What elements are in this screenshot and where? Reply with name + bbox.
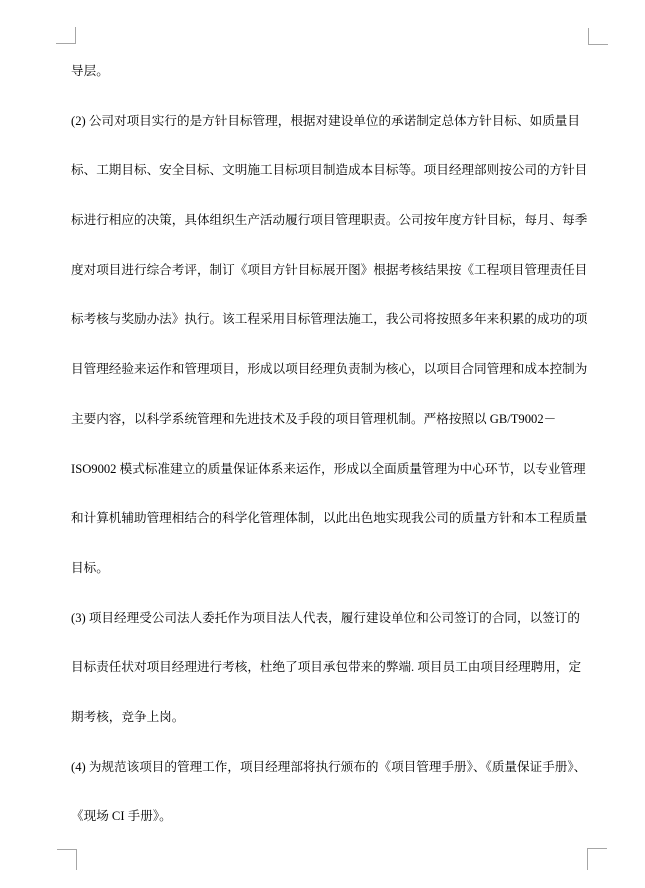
text-line: (3) 项目经理受公司法人委托作为项目法人代表，履行建设单位和公司签订的合同，以… (71, 594, 591, 644)
text-line: 标、工期目标、安全目标、文明施工目标项目制造成本目标等。项目经理部则按公司的方针… (71, 146, 591, 196)
text-line: 期考核，竞争上岗。 (71, 693, 591, 743)
text-line: (2) 公司对项目实行的是方针目标管理，根据对建设单位的承诺制定总体方针目标、如… (71, 97, 591, 147)
text-boundary-mark-bottom-right (587, 848, 607, 870)
text-line: (4) 为规范该项目的管理工作，项目经理部将执行颁布的《项目管理手册》、《质量保… (71, 743, 591, 793)
text-line: 《现场 CI 手册》。 (71, 792, 591, 842)
text-boundary-mark-top-right (588, 28, 608, 45)
text-line: 标考核与奖励办法》执行。该工程采用目标管理法施工，我公司将按照多年来积累的成功的… (71, 295, 591, 345)
text-boundary-mark-top-left (56, 27, 76, 44)
document-text-area: 导层。(2) 公司对项目实行的是方针目标管理，根据对建设单位的承诺制定总体方针目… (71, 47, 591, 842)
text-line: 和计算机辅助管理相结合的科学化管理体制，以此出色地实现我公司的质量方针和本工程质… (71, 494, 591, 544)
text-line: 导层。 (71, 47, 591, 97)
text-boundary-mark-bottom-left (57, 849, 77, 870)
text-line: ISO9002 模式标准建立的质量保证体系来运作，形成以全面质量管理为中心环节，… (71, 445, 591, 495)
text-line: 目标责任状对项目经理进行考核，杜绝了项目承包带来的弊端. 项目员工由项目经理聘用… (71, 643, 591, 693)
text-line: 标进行相应的决策，具体组织生产活动履行项目管理职责。公司按年度方针目标，每月、每… (71, 196, 591, 246)
text-line: 度对项目进行综合考评，制订《项目方针目标展开图》根据考核结果按《工程项目管理责任… (71, 246, 591, 296)
text-line: 主要内容，以科学系统管理和先进技术及手段的项目管理机制。严格按照以 GB/T90… (71, 395, 591, 445)
text-line: 目管理经验来运作和管理项目，形成以项目经理负责制为核心，以项目合同管理和成本控制… (71, 345, 591, 395)
text-line: 目标。 (71, 544, 591, 594)
document-page: 导层。(2) 公司对项目实行的是方针目标管理，根据对建设单位的承诺制定总体方针目… (0, 0, 645, 888)
